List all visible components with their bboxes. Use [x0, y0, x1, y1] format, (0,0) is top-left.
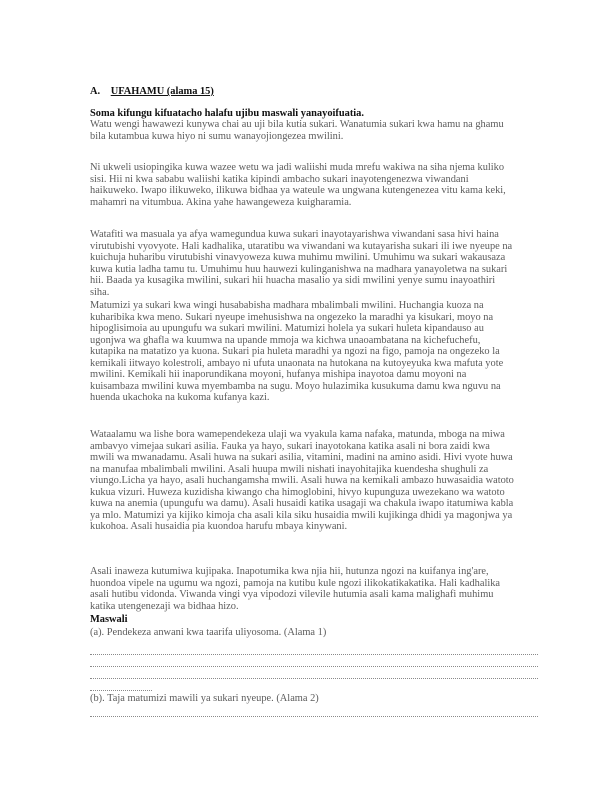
- questions-heading: Maswali: [90, 614, 128, 625]
- answer-line[interactable]: [90, 678, 538, 679]
- question-b: (b). Taja matumizi mawili ya sukari nyeu…: [90, 693, 319, 704]
- passage-line: kuwa kutia ladha tamu tu. Umuhimu huu ha…: [90, 264, 542, 276]
- passage-line: kutapika na matatizo ya kuona. Sukari pi…: [90, 346, 542, 358]
- passage-line: Matumizi ya sukari kwa wingi husababisha…: [90, 300, 542, 312]
- passage-line: Ni ukweli usiopingika kuwa wazee wetu wa…: [90, 162, 542, 174]
- passage-line: Wataalamu wa lishe bora wamependekeza ul…: [90, 429, 542, 441]
- question-a: (a). Pendekeza anwani kwa taarifa uliyos…: [90, 627, 326, 638]
- passage-line: mwili wa mwanadamu. Asali huwa na sukari…: [90, 452, 542, 464]
- passage-line: asali hutibu vidonda. Viwanda vingi vya …: [90, 589, 542, 601]
- passage-line: ya mlo. Matumizi ya kijiko kimoja cha as…: [90, 510, 542, 522]
- passage-line: Asali inaweza kutumiwa kujipaka. Inapotu…: [90, 566, 542, 578]
- passage-line: kukua vizuri. Huweza kuzidisha kiwango c…: [90, 487, 542, 499]
- passage-line: hii. Baada ya kusagika mwilini, sukari h…: [90, 275, 542, 287]
- passage-paragraph-1: Watu wengi hawawezi kunywa chai au uji b…: [90, 119, 542, 142]
- passage-line: ugonjwa wa ghafla wa kuumwa na upande mm…: [90, 335, 542, 347]
- passage-line: bila kutambua kuwa hiyo ni sumu wanayoji…: [90, 131, 542, 143]
- passage-line: siha.: [90, 287, 542, 299]
- passage-line: huenda ukachoka na kukoma kufanya kazi.: [90, 392, 542, 404]
- passage-line: hipoglisimoia au upungufu wa sukari mwil…: [90, 323, 542, 335]
- passage-line: kuharibika kwa meno. Sukari nyeupe imehu…: [90, 312, 542, 324]
- passage-line: katika utengenezaji wa bidhaa hizo.: [90, 601, 542, 613]
- passage-line: kuichuja huharibu virutubishi vinavyowez…: [90, 252, 542, 264]
- passage-line: Watu wengi hawawezi kunywa chai au uji b…: [90, 119, 542, 131]
- passage-paragraph-2: Ni ukweli usiopingika kuwa wazee wetu wa…: [90, 162, 542, 208]
- passage-line: Watafiti wa masuala ya afya wamegundua k…: [90, 229, 542, 241]
- answer-line-short[interactable]: [90, 690, 152, 691]
- instruction-text: Soma kifungu kifuatacho halafu ujibu mas…: [90, 108, 364, 119]
- section-title: UFAHAMU (alama 15): [111, 86, 214, 97]
- passage-paragraph-4: Matumizi ya sukari kwa wingi husababisha…: [90, 300, 542, 404]
- passage-line: kuisambaza mwilini kuwa myembamba na sug…: [90, 381, 542, 393]
- passage-line: huondoa vipele na ugumu wa ngozi, pamoja…: [90, 578, 542, 590]
- passage-paragraph-5: Wataalamu wa lishe bora wamependekeza ul…: [90, 429, 542, 533]
- passage-line: kemikali iitwayo kolestroli, ambayo ni u…: [90, 358, 542, 370]
- answer-line[interactable]: [90, 716, 538, 717]
- passage-line: sisi. Hii ni kwa sababu waliishi katika …: [90, 174, 542, 186]
- answer-line[interactable]: [90, 666, 538, 667]
- passage-line: kuwa na anemia (upungufu wa damu). Asali…: [90, 498, 542, 510]
- passage-paragraph-6: Asali inaweza kutumiwa kujipaka. Inapotu…: [90, 566, 542, 612]
- passage-line: viungo.Licha ya hayo, asali huchangamsha…: [90, 475, 542, 487]
- passage-paragraph-3: Watafiti wa masuala ya afya wamegundua k…: [90, 229, 542, 298]
- section-heading: A. UFAHAMU (alama 15): [90, 86, 214, 97]
- passage-line: kukohoa. Asali husaidia pia kuondoa haru…: [90, 521, 542, 533]
- answer-line[interactable]: [90, 654, 538, 655]
- passage-line: na manufaa mbalimbali mwilini. Asali huu…: [90, 464, 542, 476]
- passage-line: ambavyo vimejaa sukari asilia. Fauka ya …: [90, 441, 542, 453]
- passage-line: virutubishi vyovyote. Hali kadhalika, ut…: [90, 241, 542, 253]
- section-label: A.: [90, 86, 100, 97]
- passage-line: mwilini. Kemikali hii inaporundikana moy…: [90, 369, 542, 381]
- passage-line: haikuweko. Iwapo ilikuweko, ilikuwa bidh…: [90, 185, 542, 197]
- passage-line: mahamri na vitumbua. Akina yahe hawangew…: [90, 197, 542, 209]
